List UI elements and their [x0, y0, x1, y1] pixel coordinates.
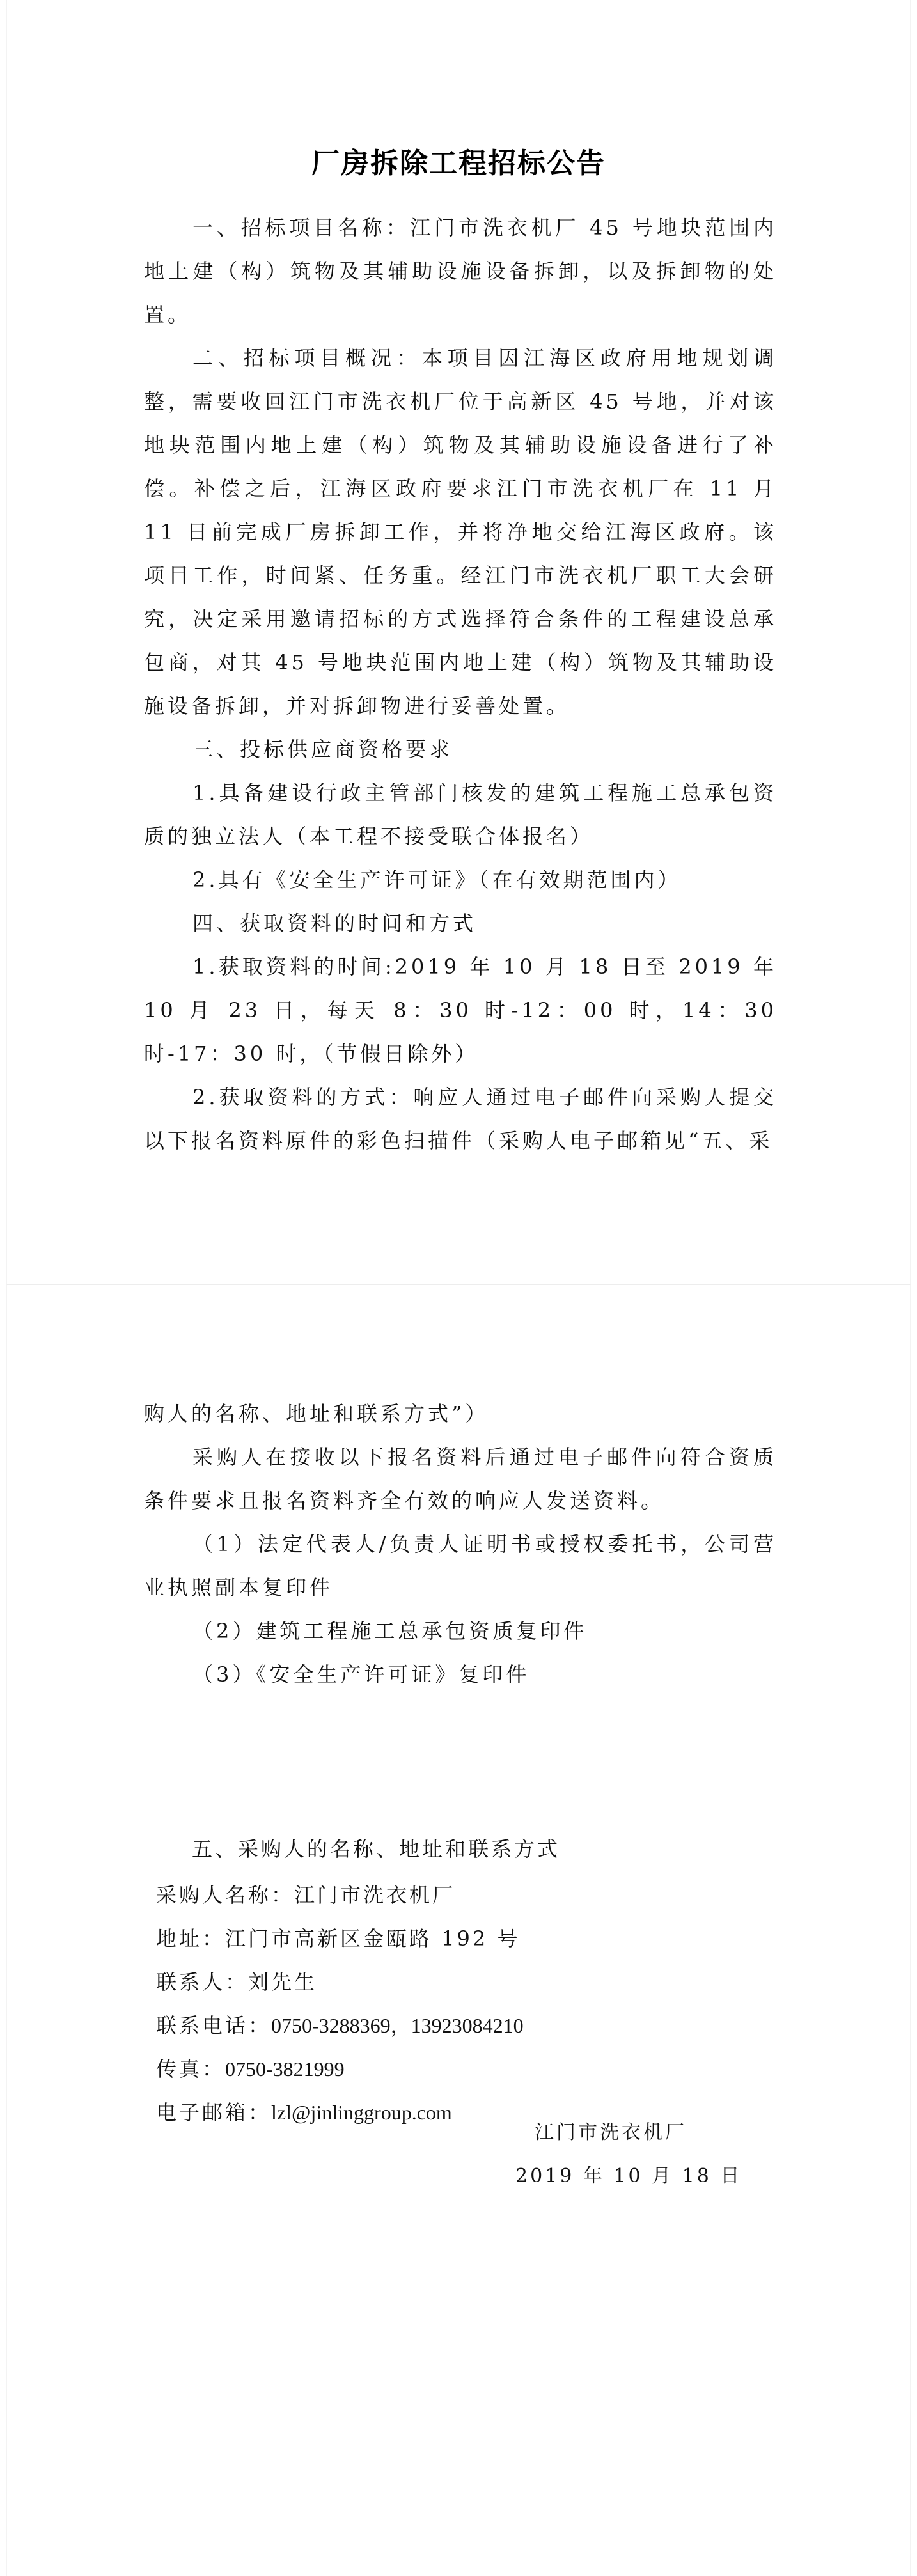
- contact-phone: 联系电话：0750-3288369，13923084210: [156, 2004, 524, 2047]
- contact-label: 联系电话：: [156, 2013, 271, 2038]
- contact-value: 刘先生: [248, 1970, 317, 1994]
- signature-organization: 江门市洗衣机厂: [535, 2116, 687, 2144]
- document-body-part-2: 购人的名称、地址和联系方式”） 采购人在接收以下报名资料后通过电子邮件向符合资质…: [144, 1392, 777, 1696]
- paragraph-qualification-2: 2.具有《安全生产许可证》（在有效期范围内）: [144, 858, 777, 902]
- contact-value: 江门市高新区金瓯路 192 号: [225, 1926, 520, 1951]
- paragraph-obtain-time: 1.获取资料的时间:2019 年 10 月 18 日至 2019 年 10 月 …: [144, 945, 777, 1075]
- paragraph-obtain-method: 2.获取资料的方式：响应人通过电子邮件向采购人提交以下报名资料原件的彩色扫描件（…: [144, 1075, 777, 1162]
- document-title: 厂房拆除工程招标公告: [0, 140, 917, 181]
- paragraph-purchaser-response: 采购人在接收以下报名资料后通过电子邮件向符合资质条件要求且报名资料齐全有效的响应…: [144, 1435, 777, 1522]
- paragraph-project-overview: 二、招标项目概况：本项目因江海区政府用地规划调整，需要收回江门市洗衣机厂位于高新…: [144, 336, 777, 728]
- paragraph-qualification-1: 1.具备建设行政主管部门核发的建筑工程施工总承包资质的独立法人（本工程不接受联合…: [144, 771, 777, 858]
- contact-fax: 传真：0750-3821999: [156, 2047, 345, 2091]
- signature-date: 2019 年 10 月 18 日: [515, 2160, 742, 2188]
- contact-label: 地址：: [156, 1926, 225, 1951]
- heading-bidder-qualifications: 三、投标供应商资格要求: [144, 728, 777, 771]
- contact-value: 0750-3821999: [225, 2057, 345, 2080]
- document-body-part-1: 一、招标项目名称：江门市洗衣机厂 45 号地块范围内地上建（构）筑物及其辅助设施…: [144, 206, 777, 1162]
- list-item-required-doc-2: （2）建筑工程施工总承包资质复印件: [144, 1609, 777, 1653]
- heading-purchaser-contact: 五、采购人的名称、地址和联系方式: [192, 1827, 560, 1871]
- contact-label: 采购人名称：: [156, 1883, 294, 1907]
- list-item-required-doc-1: （1）法定代表人/负责人证明书或授权委托书，公司营业执照副本复印件: [144, 1522, 777, 1609]
- contact-email: 电子邮箱：lzl@jinlinggroup.com: [156, 2091, 452, 2134]
- list-item-required-doc-3: （3）《安全生产许可证》复印件: [144, 1653, 777, 1696]
- paragraph-project-name: 一、招标项目名称：江门市洗衣机厂 45 号地块范围内地上建（构）筑物及其辅助设施…: [144, 206, 777, 336]
- contact-value: 江门市洗衣机厂: [294, 1883, 455, 1907]
- contact-label: 联系人：: [156, 1970, 248, 1994]
- contact-person: 联系人：刘先生: [156, 1960, 317, 2004]
- contact-label: 传真：: [156, 2057, 225, 2081]
- contact-label: 电子邮箱：: [156, 2100, 271, 2125]
- email-link[interactable]: lzl@jinlinggroup.com: [271, 2101, 452, 2124]
- heading-obtain-materials: 四、获取资料的时间和方式: [144, 902, 777, 945]
- contact-value: 0750-3288369，13923084210: [271, 2014, 524, 2037]
- contact-purchaser-name: 采购人名称：江门市洗衣机厂: [156, 1873, 455, 1917]
- paragraph-obtain-method-continued: 购人的名称、地址和联系方式”）: [144, 1392, 777, 1435]
- contact-address: 地址：江门市高新区金瓯路 192 号: [156, 1917, 520, 1960]
